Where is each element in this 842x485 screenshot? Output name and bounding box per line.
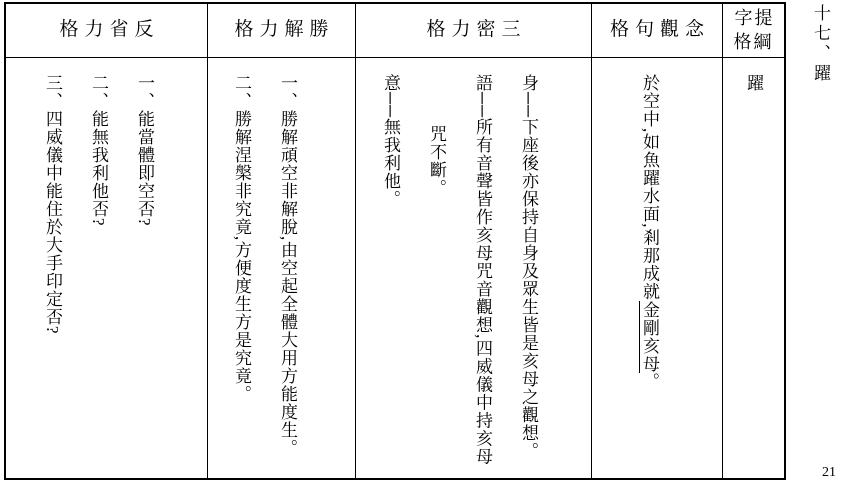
concept-text-suffix: 。 [640, 373, 659, 391]
column-concept-header: 格句觀念 [592, 4, 722, 58]
reflection-item-1: 一、能當體即空否? [121, 74, 167, 474]
keyword-text: 躍 [730, 74, 776, 474]
page-number: 21 [822, 465, 836, 481]
column-keyword-header: 字提格綱 [723, 4, 784, 58]
column-reflection-cell: 一、能當體即空否? 二、能無我利他否? 三、四威儀中能住於大手印定否? [6, 58, 207, 478]
concept-text-underlined: 金剛亥母 [639, 301, 659, 373]
column-keyword: 字提格綱 躍 [723, 4, 784, 478]
column-conviction: 格力解勝 一、勝解頑空非解脫,由空起全體大用方能度生。 二、勝解涅槃非究竟,方便… [208, 4, 356, 478]
column-keyword-cell: 躍 [723, 58, 784, 478]
practice-table: 格力省反 一、能當體即空否? 二、能無我利他否? 三、四威儀中能住於大手印定否?… [4, 2, 786, 480]
column-reflection-header: 格力省反 [6, 4, 207, 58]
three-secrets-body: 身──下座後亦保持自身及眾生皆是亥母之觀想。 [505, 74, 551, 474]
column-conviction-cell: 一、勝解頑空非解脫,由空起全體大用方能度生。 二、勝解涅槃非究竟,方便度生方是究… [208, 58, 355, 478]
column-three-secrets: 格力密三 身──下座後亦保持自身及眾生皆是亥母之觀想。 語──所有音聲皆作亥母咒… [356, 4, 592, 478]
conviction-item-1: 一、勝解頑空非解脫,由空起全體大用方能度生。 [264, 74, 310, 474]
column-concept-cell: 於空中,如魚躍水面,剎那成就金剛亥母。 [592, 58, 722, 478]
three-secrets-speech: 語──所有音聲皆作亥母咒音觀想,四威儀中持亥母咒不斷。 [413, 74, 505, 474]
chapter-side-label: 十七、躍 [810, 4, 830, 84]
concept-text: 於空中,如魚躍水面,剎那成就金剛亥母。 [626, 74, 672, 474]
concept-text-prefix: 於空中,如魚躍水面,剎那成就 [640, 74, 659, 301]
column-reflection: 格力省反 一、能當體即空否? 二、能無我利他否? 三、四威儀中能住於大手印定否? [6, 4, 208, 478]
column-conviction-header: 格力解勝 [208, 4, 355, 58]
column-three-secrets-cell: 身──下座後亦保持自身及眾生皆是亥母之觀想。 語──所有音聲皆作亥母咒音觀想,四… [356, 58, 591, 478]
conviction-item-2: 二、勝解涅槃非究竟,方便度生方是究竟。 [218, 74, 264, 474]
column-concept: 格句觀念 於空中,如魚躍水面,剎那成就金剛亥母。 [592, 4, 723, 478]
three-secrets-mind: 意──無我利他。 [367, 74, 413, 474]
column-three-secrets-header: 格力密三 [356, 4, 591, 58]
reflection-item-3: 三、四威儀中能住於大手印定否? [29, 74, 75, 474]
reflection-item-2: 二、能無我利他否? [75, 74, 121, 474]
